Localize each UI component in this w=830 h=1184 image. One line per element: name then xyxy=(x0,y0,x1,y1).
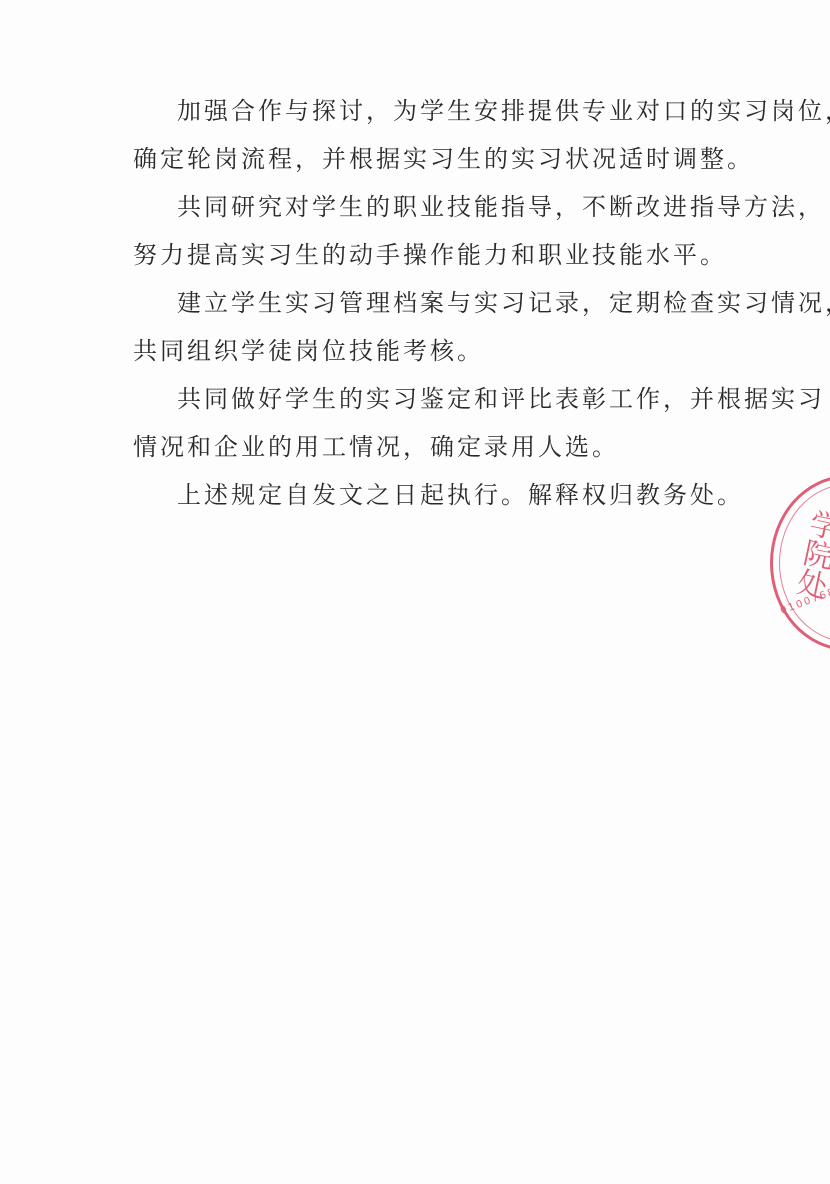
paragraph-line: 共同做好学生的实习鉴定和评比表彰工作，并根据实习 xyxy=(133,375,733,423)
paragraph-line: 上述规定自发文之日起执行。解释权归教务处。 xyxy=(133,471,733,519)
paragraph-line: 共同研究对学生的职业技能指导，不断改进指导方法， xyxy=(133,183,733,231)
paragraph-line: 情况和企业的用工情况，确定录用人选。 xyxy=(133,423,733,471)
official-seal-stamp: 学院处 0100768 xyxy=(770,475,830,651)
document-body: 加强合作与探讨，为学生安排提供专业对口的实习岗位， 确定轮岗流程，并根据实习生的… xyxy=(133,87,733,519)
paragraph-line: 确定轮岗流程，并根据实习生的实习状况适时调整。 xyxy=(133,135,733,183)
paragraph-effective-date: 上述规定自发文之日起执行。解释权归教务处。 xyxy=(133,471,733,519)
paragraph-line: 建立学生实习管理档案与实习记录，定期检查实习情况， xyxy=(133,279,733,327)
paragraph-internship-records: 建立学生实习管理档案与实习记录，定期检查实习情况， 共同组织学徒岗位技能考核。 xyxy=(133,279,733,375)
paragraph-line: 共同组织学徒岗位技能考核。 xyxy=(133,327,733,375)
paragraph-line: 加强合作与探讨，为学生安排提供专业对口的实习岗位， xyxy=(133,87,733,135)
paragraph-appraisal: 共同做好学生的实习鉴定和评比表彰工作，并根据实习 情况和企业的用工情况，确定录用… xyxy=(133,375,733,471)
paragraph-line: 努力提高实习生的动手操作能力和职业技能水平。 xyxy=(133,231,733,279)
paragraph-skills-guidance: 共同研究对学生的职业技能指导，不断改进指导方法， 努力提高实习生的动手操作能力和… xyxy=(133,183,733,279)
paragraph-internship-cooperation: 加强合作与探讨，为学生安排提供专业对口的实习岗位， 确定轮岗流程，并根据实习生的… xyxy=(133,87,733,183)
document-page: 加强合作与探讨，为学生安排提供专业对口的实习岗位， 确定轮岗流程，并根据实习生的… xyxy=(0,0,830,1184)
